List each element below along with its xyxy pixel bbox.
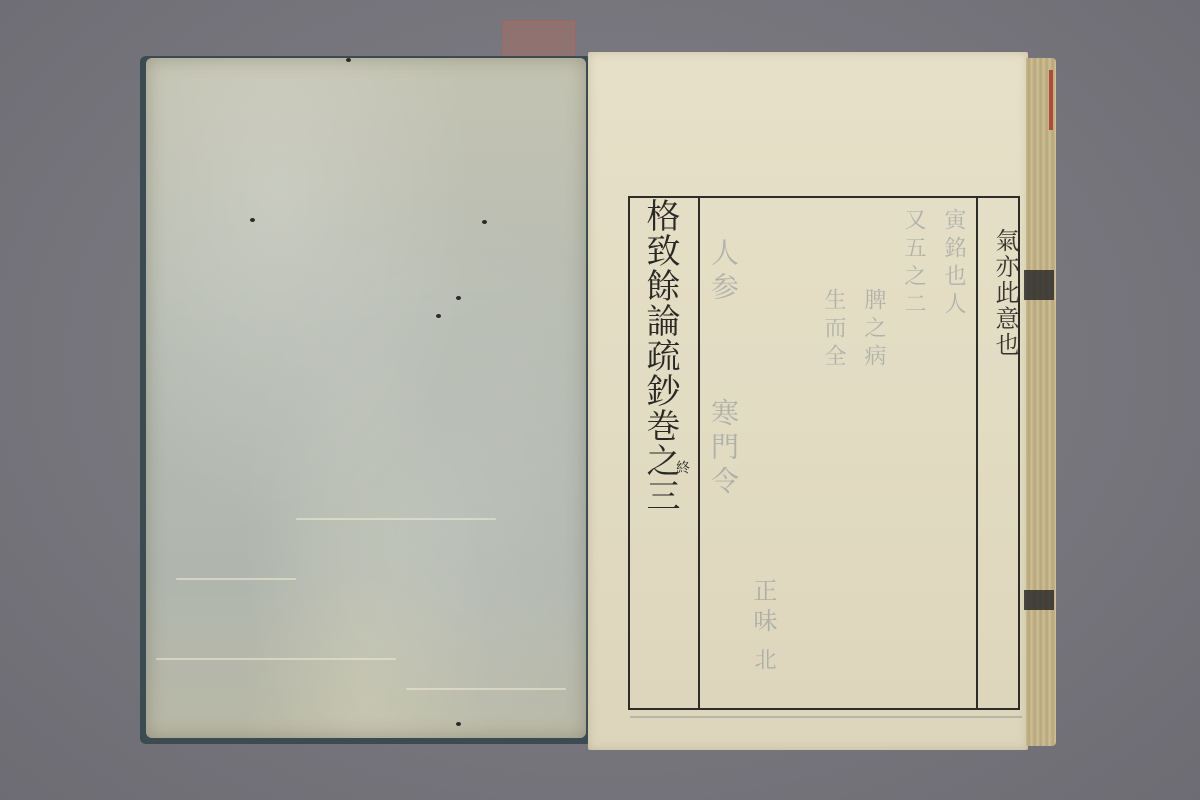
ink-speck: [456, 722, 461, 726]
margin-annotation: 氣亦此意也: [988, 228, 1023, 358]
left-endpaper: [146, 58, 586, 738]
paper-fiber: [406, 688, 566, 690]
printed-frame: 寅銘也人 又五之二 脾之病 生而全 人参 寒門令 正味 北: [628, 196, 1020, 710]
bleed-through-text: 寒門令: [710, 398, 736, 500]
ink-speck: [250, 218, 255, 222]
ink-speck: [346, 58, 351, 62]
column-rule: [976, 198, 978, 708]
bleed-through-text: 正味: [750, 578, 776, 638]
paper-fiber: [176, 578, 296, 580]
edge-mark: [1024, 590, 1054, 610]
edge-mark: [1024, 270, 1054, 300]
bleed-through-text: 寅銘也人: [940, 208, 966, 320]
ink-speck: [436, 314, 441, 318]
edge-red-mark: [1049, 70, 1053, 130]
bleed-through-text: 又五之二: [900, 208, 926, 320]
ink-speck: [482, 220, 487, 224]
title-note: 終: [672, 460, 692, 474]
bleed-frame-line: [630, 716, 1022, 718]
paper-fiber: [296, 518, 496, 520]
bleed-through-text: 脾之病: [860, 288, 886, 372]
page-edges: [1026, 58, 1056, 746]
bleed-through-text: 北: [750, 648, 776, 676]
column-rule: [698, 198, 700, 708]
paper-fiber: [156, 658, 396, 660]
ink-speck: [456, 296, 461, 300]
bleed-through-text: 生而全: [820, 288, 846, 372]
bleed-through-text: 人参: [710, 238, 736, 306]
